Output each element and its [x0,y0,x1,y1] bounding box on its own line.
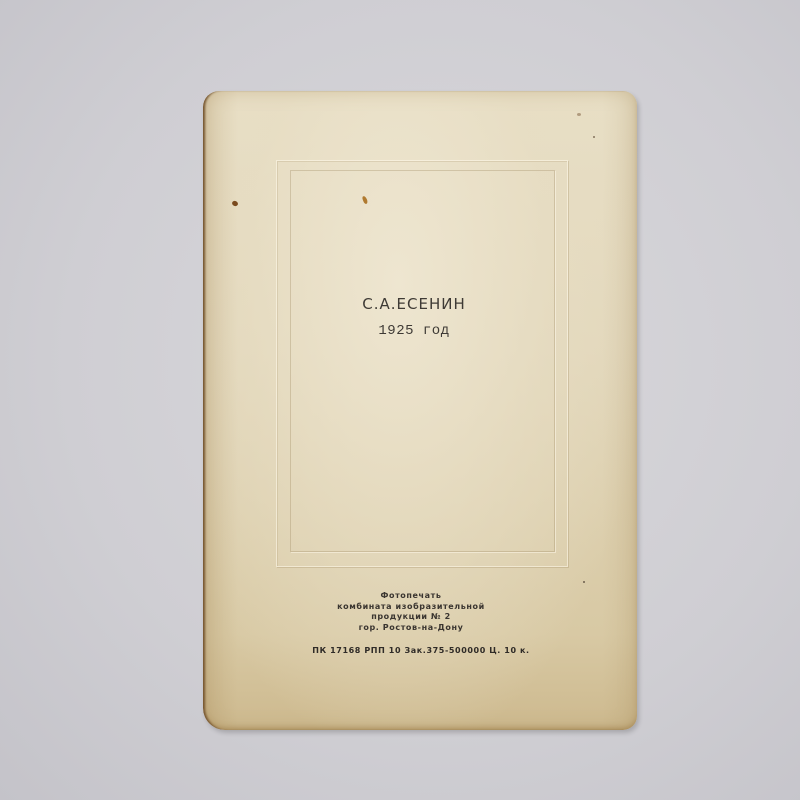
portrait-year: 1925 год [197,323,631,339]
portrait-subject-name: С.А.ЕСЕНИН [197,295,631,313]
catalog-text: ПК 17168 РПП 10 Зак.375-500000 Ц. 10 к. [312,646,529,655]
stain-spot [593,136,595,138]
postcard-back: С.А.ЕСЕНИН 1925 год Фотопечать комбината… [203,91,637,730]
imprint-line: комбината изобразительной [185,602,637,613]
imprint-line: продукции № 2 [185,612,637,623]
stain-spot [583,581,585,583]
imprint-line: гор. Ростов-на-Дону [185,623,637,634]
catalog-number-line: ПК 17168 РПП 10 Зак.375-500000 Ц. 10 к. [203,646,637,655]
embossed-frame-inner [290,170,555,552]
stain-spot [577,113,581,116]
imprint-line: Фотопечать [185,591,637,602]
stain-spot [231,200,239,207]
publisher-imprint: Фотопечать комбината изобразительной про… [203,591,637,633]
